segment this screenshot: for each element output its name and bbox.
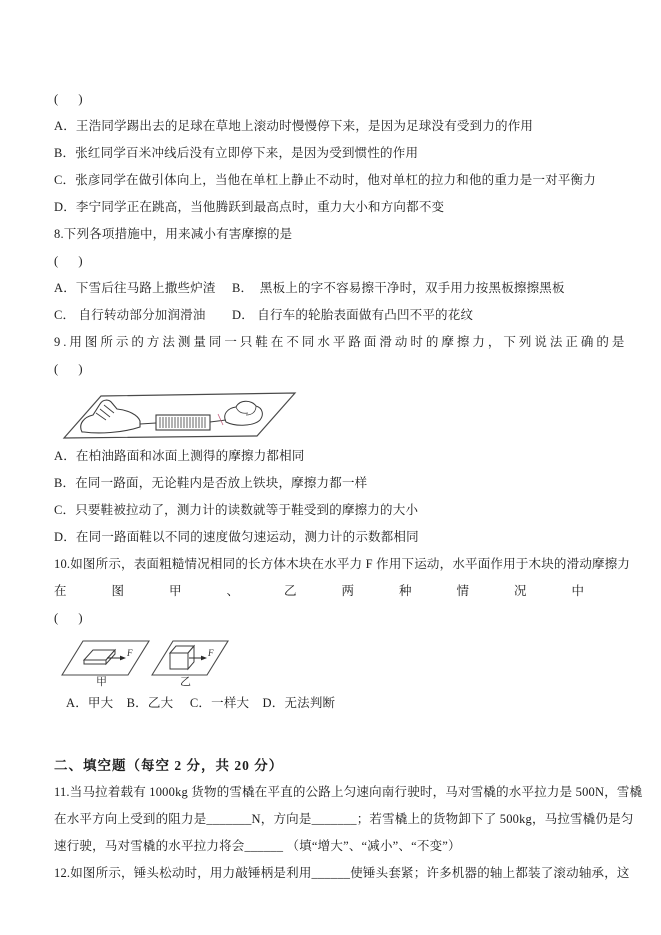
q9-option-d: D．在同一路面鞋以不同的速度做匀速运动，测力计的示数都相同 bbox=[54, 524, 631, 551]
q10-options-line: A．甲大 B．乙大 C．一样大 D．无法判断 bbox=[54, 690, 631, 717]
force-arrowhead-jia bbox=[120, 656, 126, 661]
exam-page: ( ) A．王浩同学踢出去的足球在草地上滚动时慢慢停下来，是因为足球没有受到力的… bbox=[0, 0, 661, 935]
q8-option-b: B． 黑板上的字不容易擦干净时，双手用力按黑板擦擦黑板 bbox=[232, 275, 565, 302]
q12-line1: 12.如图所示，锤头松动时，用力敲锤柄是利用______使锤头套紧；许多机器的轴… bbox=[54, 860, 631, 887]
blocks-drawing: F 甲 F 乙 bbox=[60, 633, 230, 689]
q8-options-row1: A．下雪后往马路上撒些炉渣 B． 黑板上的字不容易擦干净时，双手用力按黑板擦擦黑… bbox=[54, 275, 631, 302]
q9-answer-bracket: ( ) bbox=[54, 356, 631, 383]
q8-stem: 8.下列各项措施中，用来减小有害摩擦的是 bbox=[54, 221, 631, 248]
force-label-jia: F bbox=[126, 648, 133, 658]
q8-option-a: A．下雪后往马路上撒些炉渣 bbox=[54, 275, 232, 302]
spring-coils bbox=[160, 417, 205, 428]
q7-option-a: A．王浩同学踢出去的足球在草地上滚动时慢慢停下来，是因为足球没有受到力的作用 bbox=[54, 113, 631, 140]
q11-line3: 速行驶，马对雪橇的水平拉力将会______ （填“增大”、“减小”、“不变”） bbox=[54, 833, 631, 860]
q11-line2: 在水平方向上受到的阻力是_______N，方向是_______；若雪橇上的货物卸… bbox=[54, 806, 631, 833]
q7-answer-bracket: ( ) bbox=[54, 86, 631, 113]
hand-fingers bbox=[236, 406, 256, 415]
q8-options-row2: C． 自行转动部分加润滑油 D． 自行车的轮胎表面做有凸凹不平的花纹 bbox=[54, 302, 631, 329]
q7-option-d: D．李宁同学正在跳高，当他腾跃到最高点时，重力大小和方向都不变 bbox=[54, 194, 631, 221]
q11-line1: 11.当马拉着载有 1000kg 货物的雪橇在平直的公路上匀速向南行驶时，马对雪… bbox=[54, 779, 631, 806]
q8-option-c: C． 自行转动部分加润滑油 bbox=[54, 302, 232, 329]
q8-answer-bracket: ( ) bbox=[54, 248, 631, 275]
shoe-spring-scale-drawing bbox=[60, 384, 302, 442]
q9-option-a: A．在柏油路面和冰面上测得的摩擦力都相同 bbox=[54, 443, 631, 470]
section2-title: 二、填空题（每空 2 分，共 20 分） bbox=[54, 752, 631, 779]
red-scan-artifact bbox=[218, 414, 223, 425]
q8-option-d: D． 自行车的轮胎表面做有凸凹不平的花纹 bbox=[232, 302, 473, 329]
shoe-outline bbox=[81, 400, 140, 433]
q10-stem-line1: 10.如图所示，表面粗糙情况相同的长方体木块在水平力 F 作用下运动，水平面作用… bbox=[54, 551, 631, 578]
hook-line-right bbox=[210, 420, 226, 422]
q9-option-c: C．只要鞋被拉动了，测力计的读数就等于鞋受到的摩擦力的大小 bbox=[54, 497, 631, 524]
q10-stem-line2: 在图甲、乙两种情况中 bbox=[54, 578, 631, 605]
force-arrowhead-yi bbox=[201, 656, 207, 661]
shoe-spring-scale-figure bbox=[60, 384, 631, 442]
cube-front bbox=[170, 653, 188, 669]
label-yi: 乙 bbox=[180, 675, 191, 688]
q9-stem: 9.用图所示的方法测量同一只鞋在不同水平路面滑动时的摩擦力，下列说法正确的是 bbox=[54, 329, 631, 356]
q9-option-b: B．在同一路面，无论鞋内是否放上铁块，摩擦力都一样 bbox=[54, 470, 631, 497]
q7-option-c: C．张彦同学在做引体向上，当他在单杠上静止不动时，他对单杠的拉力和他的重力是一对… bbox=[54, 167, 631, 194]
hook-line-left bbox=[140, 423, 156, 424]
q7-option-b: B．张红同学百米冲线后没有立即停下来，是因为受到惯性的作用 bbox=[54, 140, 631, 167]
blocks-jia-yi-figure: F 甲 F 乙 bbox=[60, 633, 631, 689]
flat-block-front bbox=[84, 660, 106, 664]
label-jia: 甲 bbox=[96, 675, 107, 688]
force-label-yi: F bbox=[207, 648, 214, 658]
q10-answer-bracket: ( ) bbox=[54, 605, 631, 632]
